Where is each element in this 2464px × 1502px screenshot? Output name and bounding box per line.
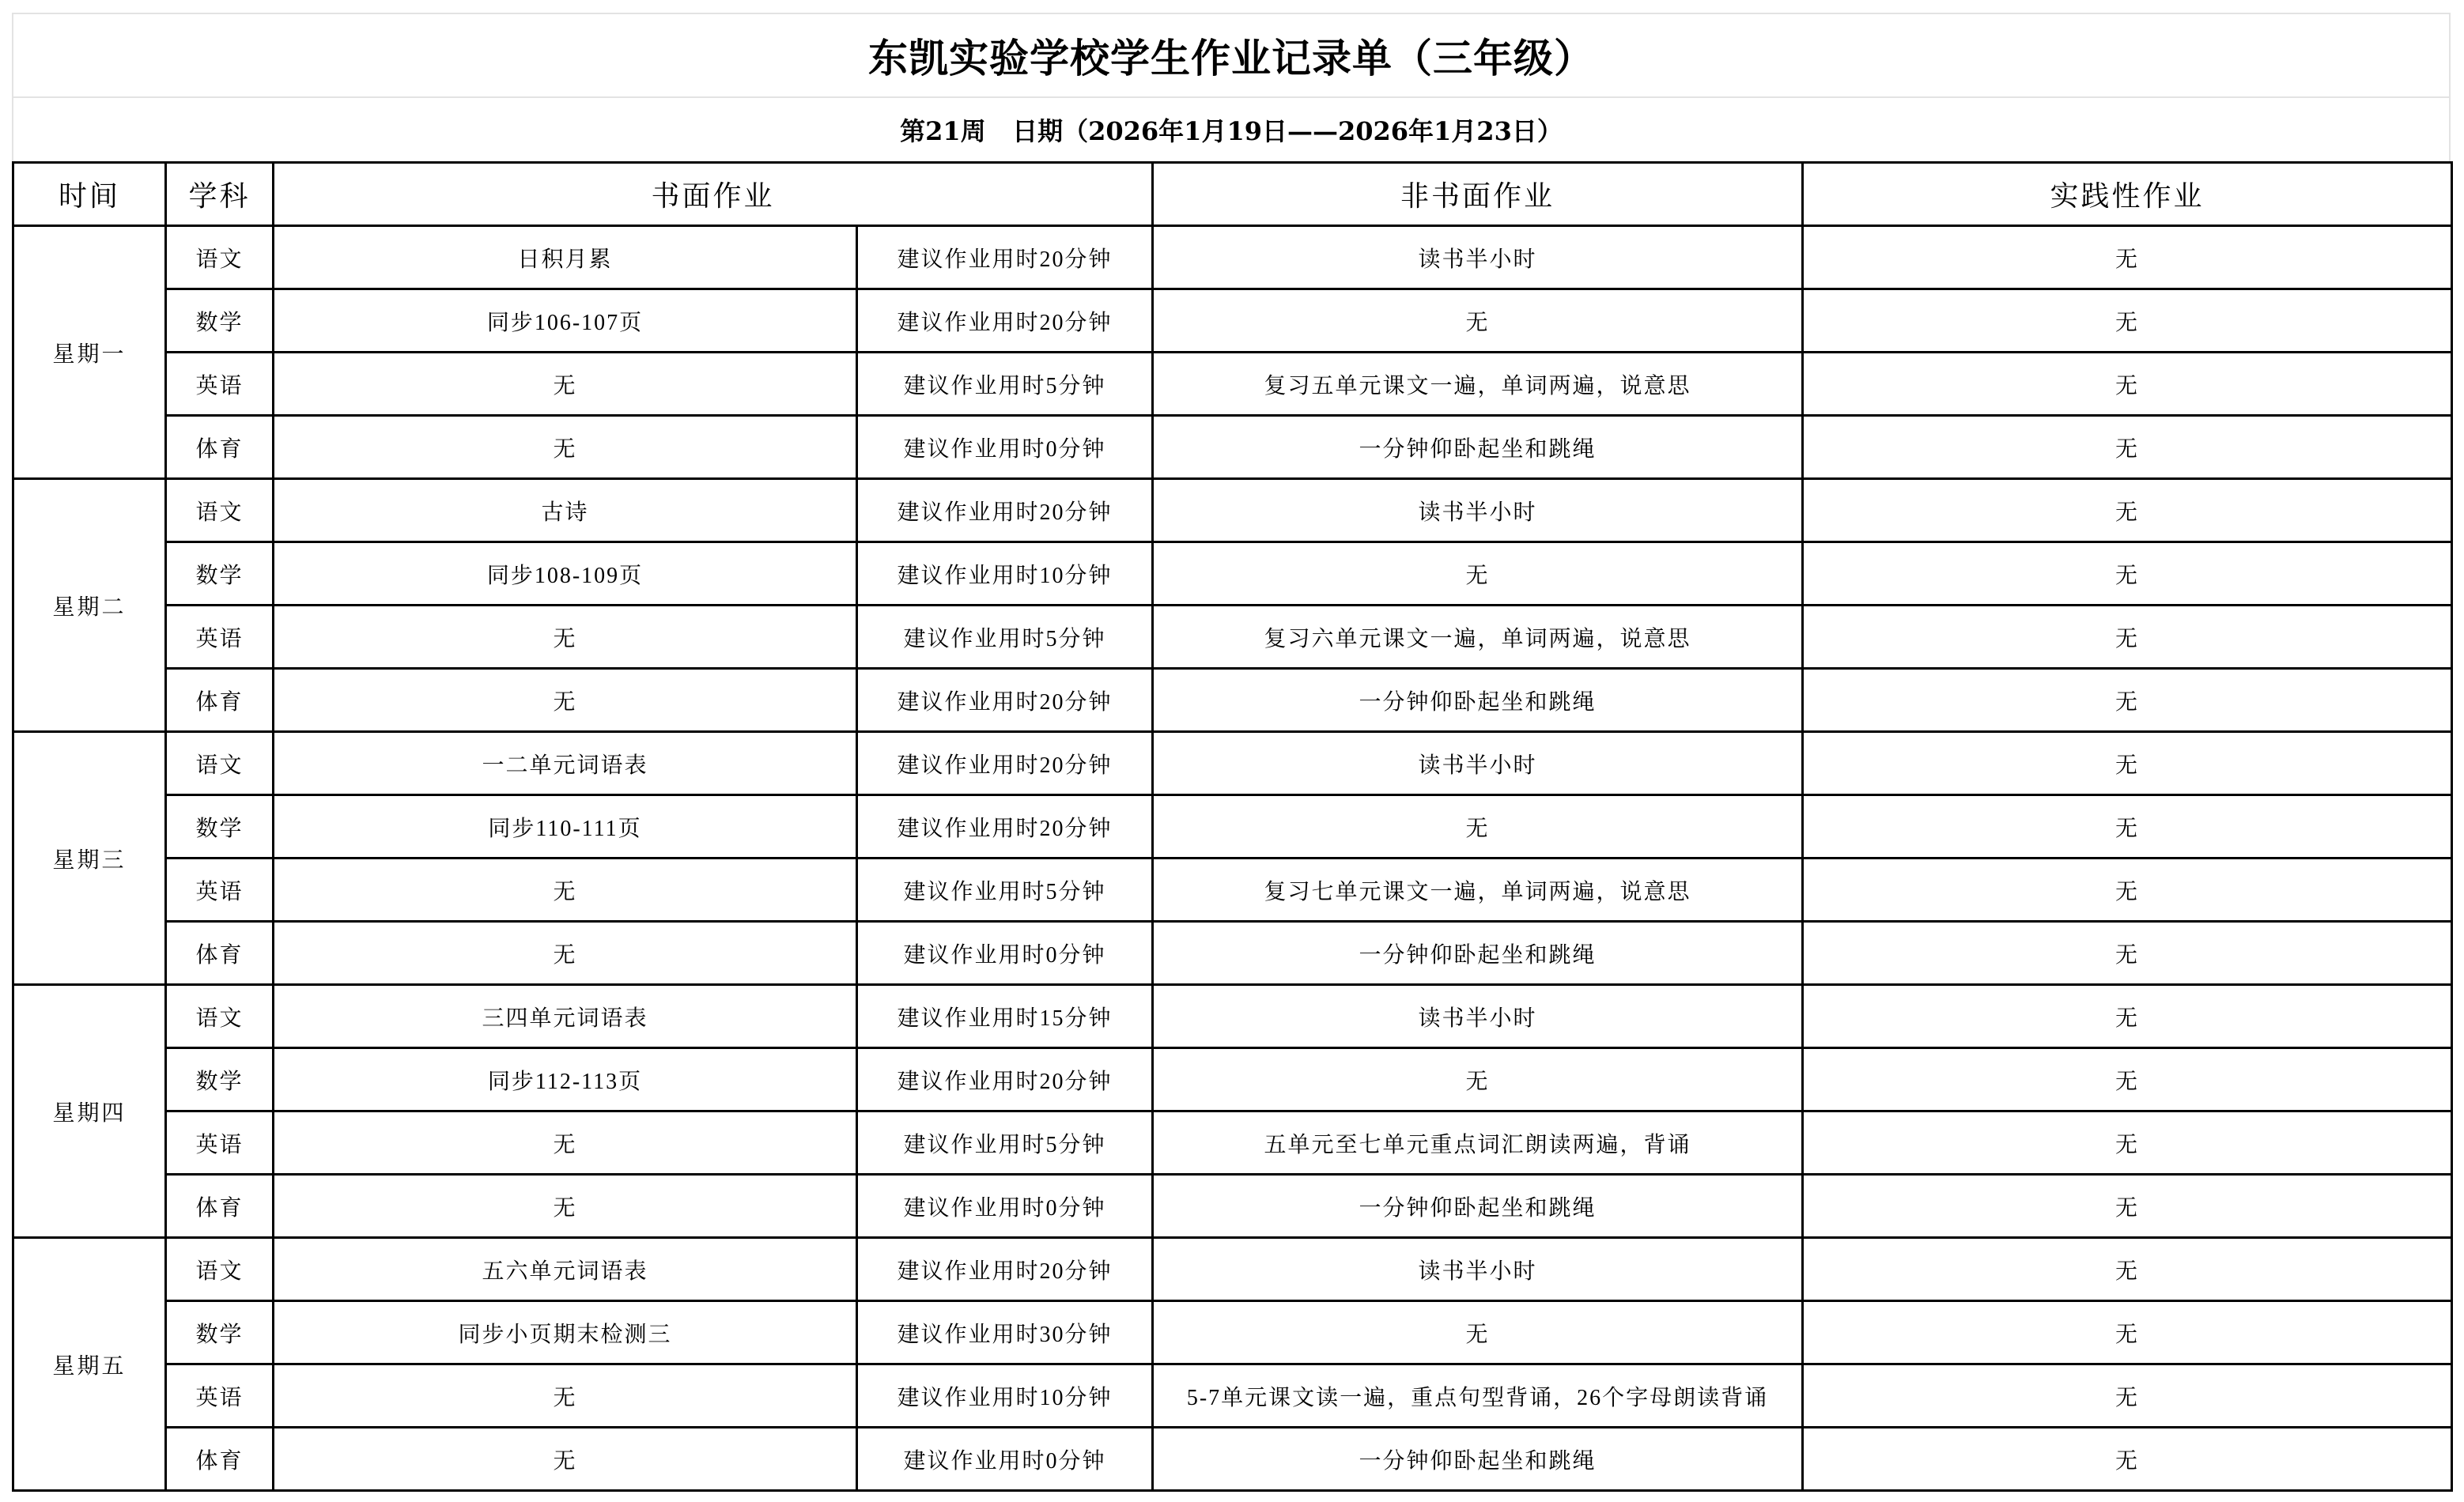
- subject-cell: 数学: [166, 289, 274, 353]
- header-practical-homework: 实践性作业: [1803, 163, 2452, 226]
- written-homework-cell: 无: [274, 1175, 857, 1238]
- non-written-homework-cell: 复习六单元课文一遍，单词两遍，说意思: [1153, 606, 1803, 669]
- table-row: 体育 无 建议作业用时20分钟 一分钟仰卧起坐和跳绳 无: [13, 669, 2452, 732]
- suggested-duration-cell: 建议作业用时20分钟: [857, 289, 1153, 353]
- suggested-duration-cell: 建议作业用时5分钟: [857, 859, 1153, 922]
- table-body: 星期一 语文 日积月累 建议作业用时20分钟 读书半小时 无 数学 同步106-…: [13, 226, 2452, 1491]
- subject-cell: 体育: [166, 669, 274, 732]
- practical-homework-cell: 无: [1803, 1175, 2452, 1238]
- table-row: 体育 无 建议作业用时0分钟 一分钟仰卧起坐和跳绳 无: [13, 922, 2452, 985]
- non-written-homework-cell: 一分钟仰卧起坐和跳绳: [1153, 416, 1803, 479]
- non-written-homework-cell: 无: [1153, 795, 1803, 859]
- written-homework-cell: 同步106-107页: [274, 289, 857, 353]
- suggested-duration-cell: 建议作业用时20分钟: [857, 1238, 1153, 1301]
- table-row: 星期四 语文 三四单元词语表 建议作业用时15分钟 读书半小时 无: [13, 985, 2452, 1048]
- written-homework-cell: 无: [274, 416, 857, 479]
- table-row: 体育 无 建议作业用时0分钟 一分钟仰卧起坐和跳绳 无: [13, 416, 2452, 479]
- non-written-homework-cell: 读书半小时: [1153, 732, 1803, 795]
- written-homework-cell: 无: [274, 353, 857, 416]
- practical-homework-cell: 无: [1803, 1111, 2452, 1175]
- practical-homework-cell: 无: [1803, 922, 2452, 985]
- written-homework-cell: 无: [274, 922, 857, 985]
- table-row: 英语 无 建议作业用时5分钟 复习七单元课文一遍，单词两遍，说意思 无: [13, 859, 2452, 922]
- written-homework-cell: 同步112-113页: [274, 1048, 857, 1111]
- practical-homework-cell: 无: [1803, 795, 2452, 859]
- suggested-duration-cell: 建议作业用时20分钟: [857, 1048, 1153, 1111]
- written-homework-cell: 无: [274, 1111, 857, 1175]
- written-homework-cell: 三四单元词语表: [274, 985, 857, 1048]
- non-written-homework-cell: 读书半小时: [1153, 226, 1803, 289]
- table-row: 英语 无 建议作业用时5分钟 复习六单元课文一遍，单词两遍，说意思 无: [13, 606, 2452, 669]
- subject-cell: 英语: [166, 1111, 274, 1175]
- subject-cell: 英语: [166, 353, 274, 416]
- written-homework-cell: 无: [274, 1364, 857, 1428]
- homework-table: 时间 学科 书面作业 非书面作业 实践性作业 星期一 语文 日积月累 建议作业用…: [12, 161, 2453, 1492]
- suggested-duration-cell: 建议作业用时10分钟: [857, 1364, 1153, 1428]
- suggested-duration-cell: 建议作业用时5分钟: [857, 353, 1153, 416]
- subject-cell: 英语: [166, 859, 274, 922]
- day-label: 星期五: [13, 1238, 166, 1491]
- table-row: 星期一 语文 日积月累 建议作业用时20分钟 读书半小时 无: [13, 226, 2452, 289]
- written-homework-cell: 无: [274, 669, 857, 732]
- table-row: 数学 同步112-113页 建议作业用时20分钟 无 无: [13, 1048, 2452, 1111]
- written-homework-cell: 无: [274, 1428, 857, 1491]
- suggested-duration-cell: 建议作业用时10分钟: [857, 542, 1153, 606]
- non-written-homework-cell: 复习五单元课文一遍，单词两遍，说意思: [1153, 353, 1803, 416]
- non-written-homework-cell: 5-7单元课文读一遍，重点句型背诵，26个字母朗读背诵: [1153, 1364, 1803, 1428]
- suggested-duration-cell: 建议作业用时5分钟: [857, 606, 1153, 669]
- table-row: 数学 同步108-109页 建议作业用时10分钟 无 无: [13, 542, 2452, 606]
- written-homework-cell: 古诗: [274, 479, 857, 542]
- non-written-homework-cell: 读书半小时: [1153, 985, 1803, 1048]
- suggested-duration-cell: 建议作业用时30分钟: [857, 1301, 1153, 1364]
- homework-record-sheet: 东凯实验学校学生作业记录单（三年级） 第21周 日期（2026年1月19日——2…: [12, 13, 2451, 1492]
- subject-cell: 语文: [166, 985, 274, 1048]
- practical-homework-cell: 无: [1803, 606, 2452, 669]
- table-row: 星期五 语文 五六单元词语表 建议作业用时20分钟 读书半小时 无: [13, 1238, 2452, 1301]
- header-time: 时间: [13, 163, 166, 226]
- suggested-duration-cell: 建议作业用时0分钟: [857, 922, 1153, 985]
- table-row: 星期三 语文 一二单元词语表 建议作业用时20分钟 读书半小时 无: [13, 732, 2452, 795]
- header-non-written-homework: 非书面作业: [1153, 163, 1803, 226]
- written-homework-cell: 无: [274, 859, 857, 922]
- practical-homework-cell: 无: [1803, 416, 2452, 479]
- table-row: 数学 同步110-111页 建议作业用时20分钟 无 无: [13, 795, 2452, 859]
- suggested-duration-cell: 建议作业用时20分钟: [857, 732, 1153, 795]
- practical-homework-cell: 无: [1803, 1048, 2452, 1111]
- non-written-homework-cell: 读书半小时: [1153, 479, 1803, 542]
- day-label: 星期二: [13, 479, 166, 732]
- week-date-range: 第21周 日期（2026年1月19日——2026年1月23日）: [12, 96, 2451, 161]
- table-row: 数学 同步106-107页 建议作业用时20分钟 无 无: [13, 289, 2452, 353]
- non-written-homework-cell: 五单元至七单元重点词汇朗读两遍，背诵: [1153, 1111, 1803, 1175]
- non-written-homework-cell: 无: [1153, 289, 1803, 353]
- table-row: 英语 无 建议作业用时5分钟 五单元至七单元重点词汇朗读两遍，背诵 无: [13, 1111, 2452, 1175]
- subject-cell: 语文: [166, 226, 274, 289]
- non-written-homework-cell: 读书半小时: [1153, 1238, 1803, 1301]
- written-homework-cell: 一二单元词语表: [274, 732, 857, 795]
- header-subject: 学科: [166, 163, 274, 226]
- day-label: 星期三: [13, 732, 166, 985]
- table-row: 英语 无 建议作业用时5分钟 复习五单元课文一遍，单词两遍，说意思 无: [13, 353, 2452, 416]
- non-written-homework-cell: 一分钟仰卧起坐和跳绳: [1153, 669, 1803, 732]
- subject-cell: 数学: [166, 542, 274, 606]
- non-written-homework-cell: 一分钟仰卧起坐和跳绳: [1153, 1175, 1803, 1238]
- practical-homework-cell: 无: [1803, 479, 2452, 542]
- subject-cell: 体育: [166, 1428, 274, 1491]
- suggested-duration-cell: 建议作业用时5分钟: [857, 1111, 1153, 1175]
- header-written-homework: 书面作业: [274, 163, 1153, 226]
- practical-homework-cell: 无: [1803, 226, 2452, 289]
- suggested-duration-cell: 建议作业用时20分钟: [857, 479, 1153, 542]
- practical-homework-cell: 无: [1803, 289, 2452, 353]
- header-row: 时间 学科 书面作业 非书面作业 实践性作业: [13, 163, 2452, 226]
- practical-homework-cell: 无: [1803, 985, 2452, 1048]
- practical-homework-cell: 无: [1803, 542, 2452, 606]
- written-homework-cell: 同步小页期末检测三: [274, 1301, 857, 1364]
- subject-cell: 语文: [166, 732, 274, 795]
- subject-cell: 体育: [166, 416, 274, 479]
- day-label: 星期四: [13, 985, 166, 1238]
- practical-homework-cell: 无: [1803, 1301, 2452, 1364]
- subject-cell: 体育: [166, 1175, 274, 1238]
- table-row: 英语 无 建议作业用时10分钟 5-7单元课文读一遍，重点句型背诵，26个字母朗…: [13, 1364, 2452, 1428]
- subject-cell: 数学: [166, 1048, 274, 1111]
- suggested-duration-cell: 建议作业用时0分钟: [857, 416, 1153, 479]
- practical-homework-cell: 无: [1803, 1238, 2452, 1301]
- suggested-duration-cell: 建议作业用时20分钟: [857, 669, 1153, 732]
- document-title: 东凯实验学校学生作业记录单（三年级）: [12, 13, 2451, 96]
- written-homework-cell: 同步110-111页: [274, 795, 857, 859]
- written-homework-cell: 无: [274, 606, 857, 669]
- practical-homework-cell: 无: [1803, 732, 2452, 795]
- non-written-homework-cell: 无: [1153, 542, 1803, 606]
- subject-cell: 语文: [166, 479, 274, 542]
- practical-homework-cell: 无: [1803, 859, 2452, 922]
- non-written-homework-cell: 一分钟仰卧起坐和跳绳: [1153, 922, 1803, 985]
- table-row: 星期二 语文 古诗 建议作业用时20分钟 读书半小时 无: [13, 479, 2452, 542]
- non-written-homework-cell: 一分钟仰卧起坐和跳绳: [1153, 1428, 1803, 1491]
- subject-cell: 英语: [166, 1364, 274, 1428]
- written-homework-cell: 同步108-109页: [274, 542, 857, 606]
- day-label: 星期一: [13, 226, 166, 479]
- suggested-duration-cell: 建议作业用时0分钟: [857, 1428, 1153, 1491]
- suggested-duration-cell: 建议作业用时20分钟: [857, 226, 1153, 289]
- non-written-homework-cell: 无: [1153, 1048, 1803, 1111]
- written-homework-cell: 日积月累: [274, 226, 857, 289]
- suggested-duration-cell: 建议作业用时0分钟: [857, 1175, 1153, 1238]
- non-written-homework-cell: 复习七单元课文一遍，单词两遍，说意思: [1153, 859, 1803, 922]
- subject-cell: 体育: [166, 922, 274, 985]
- table-row: 体育 无 建议作业用时0分钟 一分钟仰卧起坐和跳绳 无: [13, 1428, 2452, 1491]
- table-row: 数学 同步小页期末检测三 建议作业用时30分钟 无 无: [13, 1301, 2452, 1364]
- suggested-duration-cell: 建议作业用时20分钟: [857, 795, 1153, 859]
- subject-cell: 数学: [166, 795, 274, 859]
- table-row: 体育 无 建议作业用时0分钟 一分钟仰卧起坐和跳绳 无: [13, 1175, 2452, 1238]
- written-homework-cell: 五六单元词语表: [274, 1238, 857, 1301]
- non-written-homework-cell: 无: [1153, 1301, 1803, 1364]
- subject-cell: 英语: [166, 606, 274, 669]
- subject-cell: 语文: [166, 1238, 274, 1301]
- practical-homework-cell: 无: [1803, 1428, 2452, 1491]
- practical-homework-cell: 无: [1803, 353, 2452, 416]
- practical-homework-cell: 无: [1803, 1364, 2452, 1428]
- practical-homework-cell: 无: [1803, 669, 2452, 732]
- subject-cell: 数学: [166, 1301, 274, 1364]
- suggested-duration-cell: 建议作业用时15分钟: [857, 985, 1153, 1048]
